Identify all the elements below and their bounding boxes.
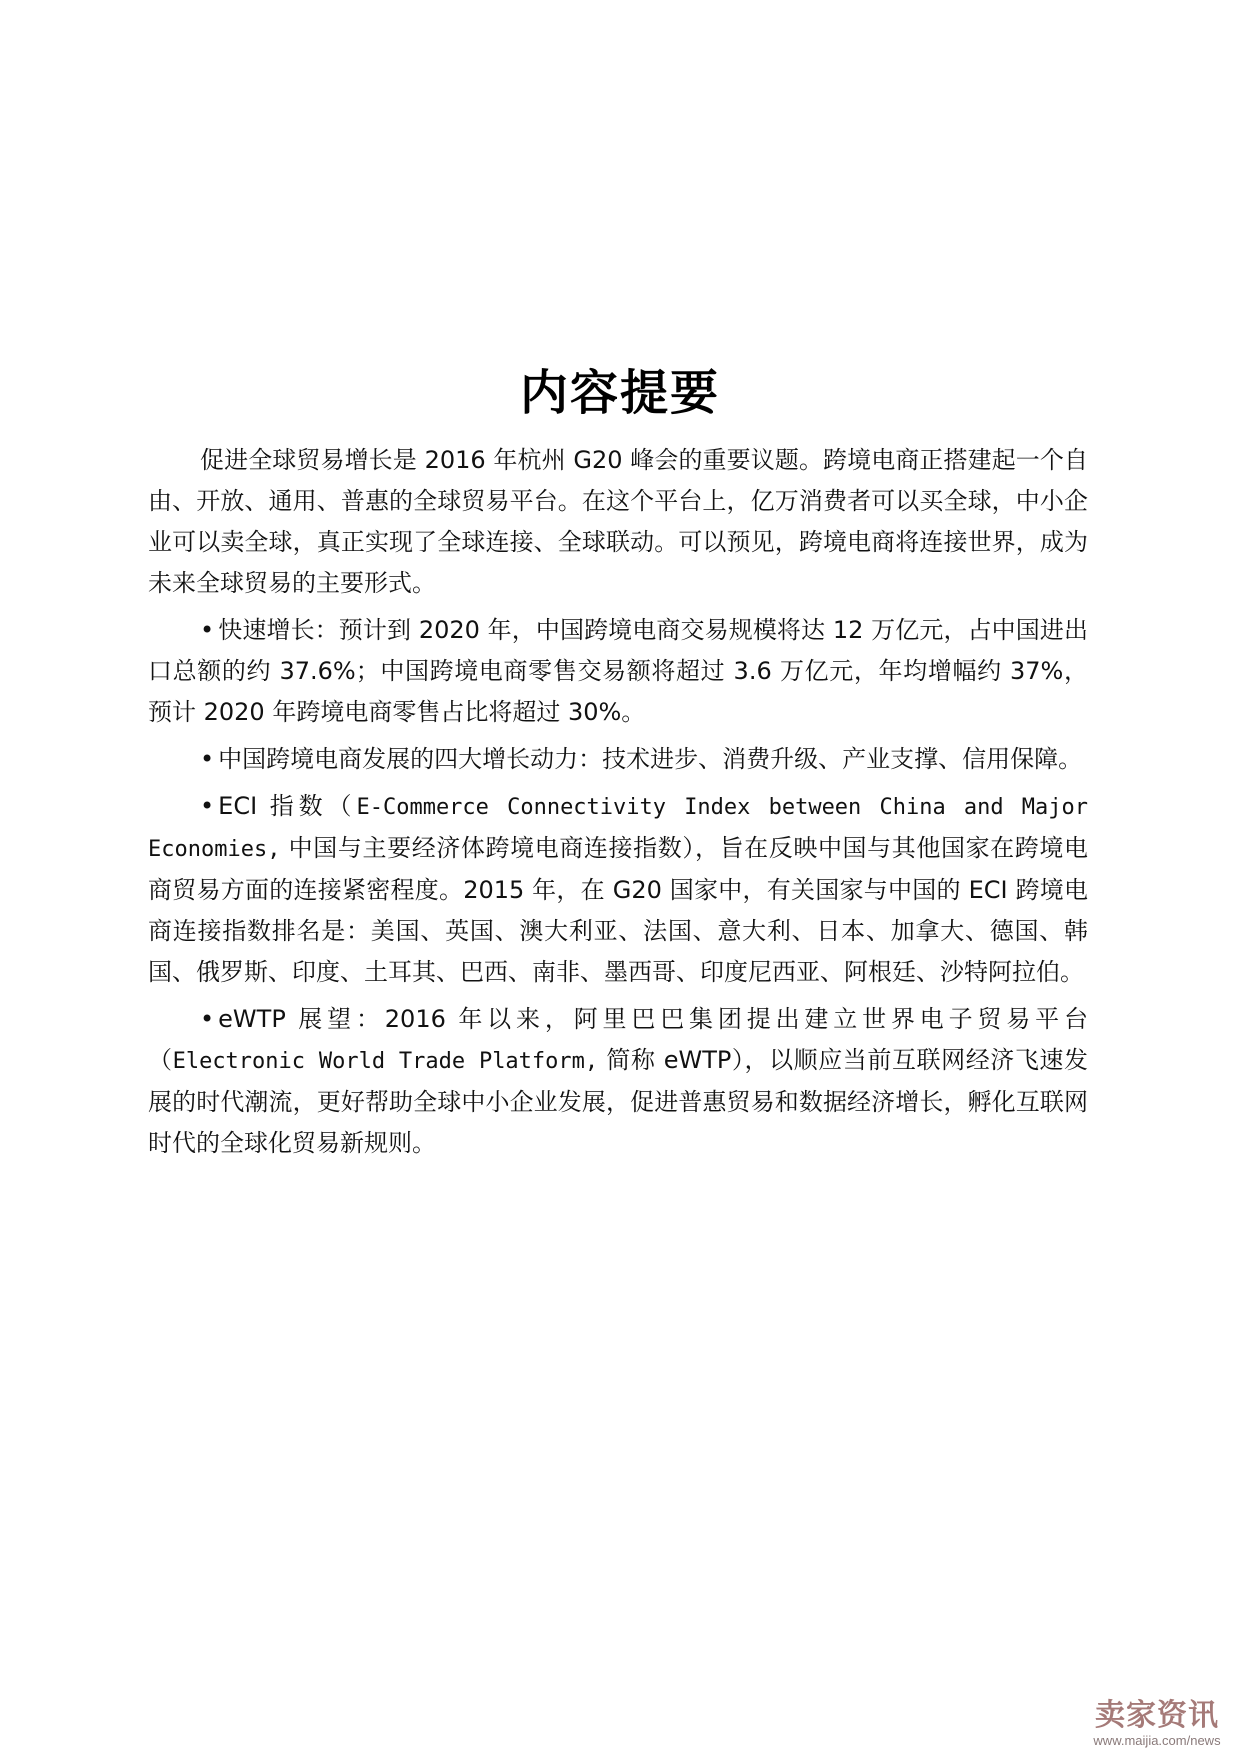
bullet-icon: •	[200, 739, 214, 780]
intro-paragraph: 促进全球贸易增长是 2016 年杭州 G20 峰会的重要议题。跨境电商正搭建起一…	[148, 440, 1088, 604]
watermark-url: www.maijia.com/news	[1082, 1733, 1232, 1748]
watermark-brand: 卖家资讯	[1082, 1699, 1232, 1733]
bullet-icon: •	[200, 999, 214, 1040]
eci-paragraph: •ECI 指数（E-Commerce Connectivity Index be…	[148, 786, 1088, 993]
growth-paragraph: •快速增长：预计到 2020 年，中国跨境电商交易规模将达 12 万亿元，占中国…	[148, 610, 1088, 733]
drivers-paragraph: •中国跨境电商发展的四大增长动力：技术进步、消费升级、产业支撑、信用保障。	[148, 739, 1088, 780]
paragraph-english-text: Electronic World Trade Platform,	[173, 1049, 599, 1074]
ewtp-paragraph: •eWTP 展望：2016 年以来，阿里巴巴集团提出建立世界电子贸易平台（Ele…	[148, 999, 1088, 1164]
paragraph-text: 促进全球贸易增长是 2016 年杭州 G20 峰会的重要议题。跨境电商正搭建起一…	[148, 446, 1088, 597]
bullet-icon: •	[200, 610, 214, 651]
bullet-icon: •	[200, 786, 214, 827]
paragraph-text: 中国与主要经济体跨境电商连接指数），旨在反映中国与其他国家在跨境电商贸易方面的连…	[148, 834, 1088, 986]
paragraph-text: 快速增长：预计到 2020 年，中国跨境电商交易规模将达 12 万亿元，占中国进…	[148, 616, 1088, 726]
page-title: 内容提要	[0, 354, 1240, 423]
watermark-logo: 卖家资讯 www.maijia.com/news	[1082, 1699, 1232, 1748]
paragraph-text: ECI 指数（	[218, 792, 356, 820]
summary-content: 促进全球贸易增长是 2016 年杭州 G20 峰会的重要议题。跨境电商正搭建起一…	[148, 440, 1088, 1170]
paragraph-text: 中国跨境电商发展的四大增长动力：技术进步、消费升级、产业支撑、信用保障。	[218, 745, 1082, 773]
